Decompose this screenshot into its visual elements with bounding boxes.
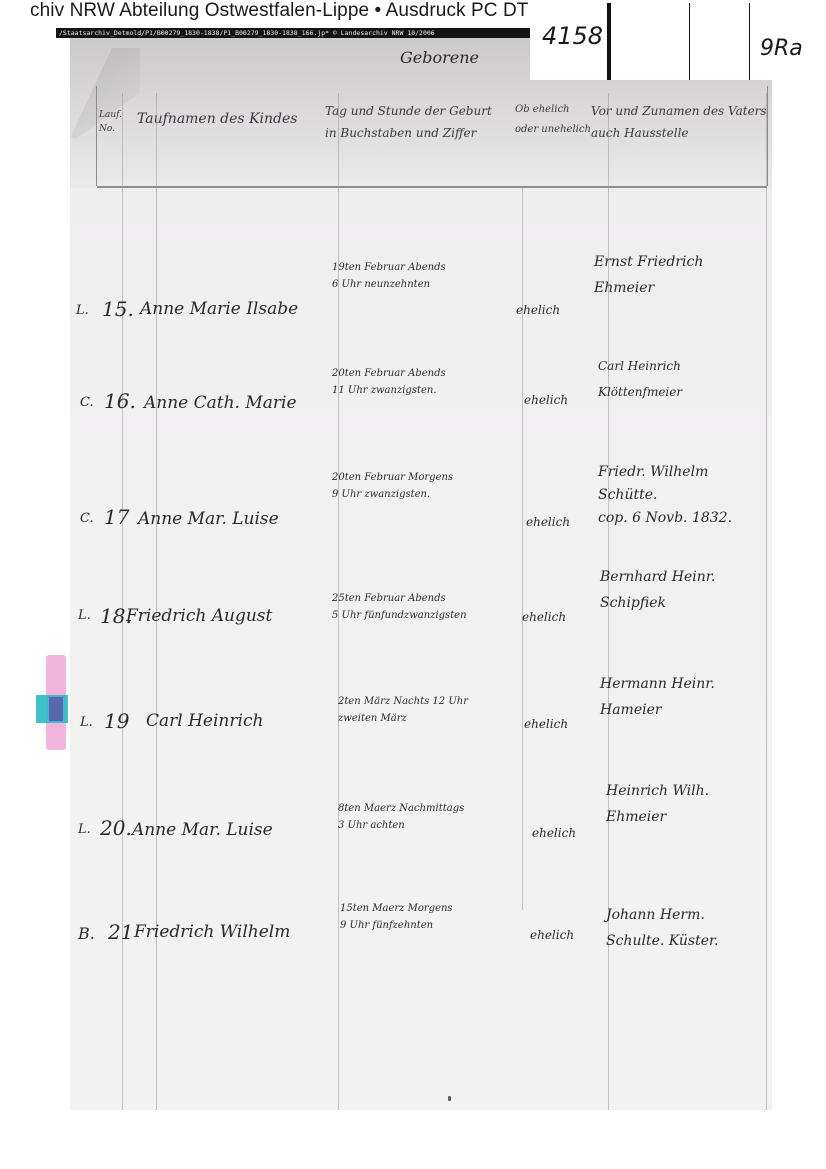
entry-number: 20. (100, 816, 132, 840)
entry-status: B. (78, 924, 95, 943)
entry-number: 17 (104, 505, 129, 529)
birth-date: 8ten Maerz Nachmittags 3 Uhr achten (338, 800, 464, 834)
entry-status: L. (80, 715, 93, 730)
entry-number: 15. (102, 297, 134, 321)
overlap-highlighter-mark (49, 697, 63, 721)
ink-speck (448, 1096, 451, 1101)
father-name: Johann Herm. Schulte. Küster. (606, 902, 719, 954)
birth-date: 20ten Februar Abends 11 Uhr zwanzigsten. (332, 365, 446, 399)
birth-date: 19ten Februar Abends 6 Uhr neunzehnten (332, 259, 446, 293)
legitimacy: ehelich (526, 515, 570, 529)
birth-date: 20ten Februar Morgens 9 Uhr zwanzigsten. (332, 469, 453, 503)
image-info-bar: /Staatsarchiv_Detmold/P1/B00279_1830-183… (56, 28, 536, 38)
register-entry: L. 15. Anne Marie Ilsabe 19ten Februar A… (70, 243, 772, 363)
register-entry: C. 17 Anne Mar. Luise 20ten Februar Morg… (70, 453, 772, 573)
archive-reference: 9Ra (760, 36, 803, 61)
child-name: Carl Heinrich (146, 711, 263, 731)
child-name: Anne Mar. Luise (132, 820, 273, 840)
entry-status: L. (78, 822, 91, 837)
column-header-birth: Tag und Stunde der Geburt in Buchstaben … (325, 100, 505, 144)
father-name: Hermann Heinr. Hameier (600, 671, 715, 723)
entry-number: 16. (104, 389, 136, 413)
entry-number: 19 (104, 709, 129, 733)
column-header-row: Lauf. No. Taufnamen des Kindes Tag und S… (96, 86, 768, 186)
legitimacy: ehelich (516, 303, 560, 317)
entry-status: L. (78, 608, 91, 623)
entry-status: C. (80, 395, 94, 410)
register-entry: B. 21 Friedrich Wilhelm 15ten Maerz Morg… (70, 868, 772, 988)
father-name: Friedr. Wilhelm Schütte. cop. 6 Novb. 18… (598, 461, 732, 530)
legitimacy: ehelich (530, 928, 574, 942)
child-name: Friedrich Wilhelm (134, 922, 290, 942)
father-name: Carl Heinrich Klöttenfmeier (598, 353, 682, 405)
register-entry: L. 19 Carl Heinrich 2ten März Nachts 12 … (70, 663, 772, 783)
archive-number: 4158 (542, 22, 603, 50)
legitimacy: ehelich (522, 610, 566, 624)
birth-date: 15ten Maerz Morgens 9 Uhr fünfzehnten (340, 900, 453, 934)
label-divider (689, 3, 690, 80)
register-entry: L. 18. Friedrich August 25ten Februar Ab… (70, 558, 772, 678)
entry-number: 21 (108, 920, 133, 944)
register-title: Geborene (400, 48, 479, 67)
father-name: Bernhard Heinr. Schipfiek (600, 564, 715, 616)
child-name: Anne Marie Ilsabe (140, 299, 298, 319)
legitimacy: ehelich (524, 717, 568, 731)
label-divider (607, 3, 611, 80)
birth-date: 2ten März Nachts 12 Uhr zweiten März (338, 693, 468, 727)
legitimacy: ehelich (524, 393, 568, 407)
entry-status: C. (80, 511, 94, 526)
label-divider (749, 3, 750, 80)
child-name: Anne Cath. Marie (144, 393, 297, 413)
header-bottom-rule (97, 186, 767, 188)
child-name: Friedrich August (126, 606, 272, 626)
entry-status: L. (76, 303, 89, 318)
column-header-name: Taufnamen des Kindes (137, 108, 317, 130)
column-header-legitimacy: Ob ehelich oder unehelich (515, 100, 595, 140)
father-name: Ernst Friedrich Ehmeier (594, 249, 703, 301)
column-header-number: Lauf. No. (99, 108, 129, 136)
father-name: Heinrich Wilh. Ehmeier (606, 778, 709, 830)
archive-label: 4158 9Ra (530, 0, 826, 80)
legitimacy: ehelich (532, 826, 576, 840)
scanned-register-page: Geborene Lauf. No. Taufnamen des Kindes … (70, 38, 772, 1110)
column-header-father: Vor und Zunamen des Vaters auch Hausstel… (591, 100, 767, 144)
child-name: Anne Mar. Luise (138, 509, 279, 529)
birth-date: 25ten Februar Abends 5 Uhr fünfundzwanzi… (332, 590, 467, 624)
print-stamp: chiv NRW Abteilung Ostwestfalen-Lippe • … (30, 0, 529, 22)
